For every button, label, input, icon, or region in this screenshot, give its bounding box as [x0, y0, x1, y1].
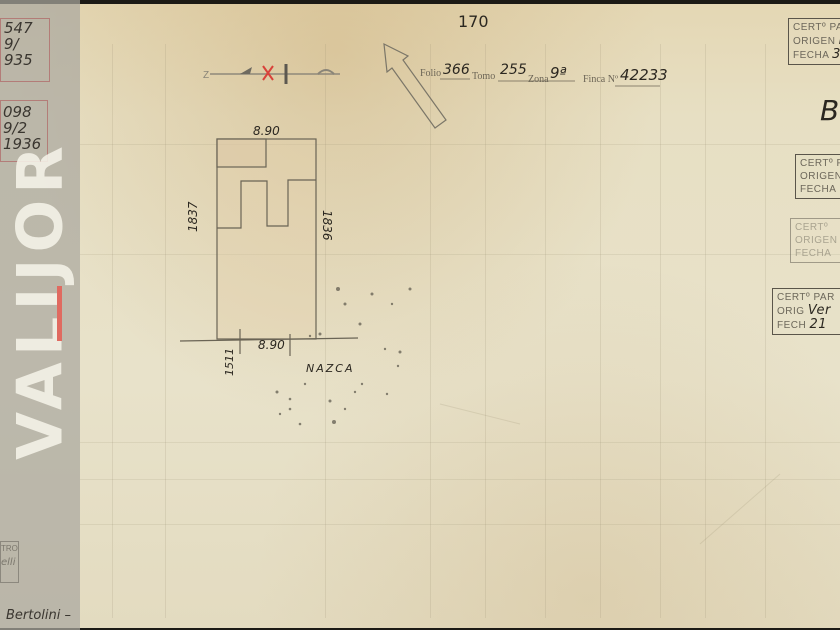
street-number: 1511 [223, 348, 236, 376]
margin-note-line: 547 [4, 20, 33, 36]
margin-note-line: 098 [3, 104, 41, 120]
signature: Bertolini – [6, 608, 71, 624]
svg-text:Z: Z [203, 70, 209, 81]
street-name: NAZCA [306, 362, 355, 375]
certificate-stamp: CERTº ORIGEN FECHA [790, 218, 840, 263]
watermark-panel: 547 9/ 935 098 9/2 1936 VALIJOR TRO elli… [0, 0, 80, 630]
certificate-stamp: CERTº PA ORIGEN B FECHA 3 [788, 18, 840, 65]
stamp-line: CERTº PA [800, 157, 840, 170]
certificate-stamp: CERTº PAR ORIG Ver FECH 21 [772, 288, 840, 335]
plot-outline [180, 139, 358, 356]
bottom-left-stamp: TRO elli [0, 541, 19, 583]
right-length-label: 1836 [320, 210, 334, 241]
margin-note-line: 9/ [4, 36, 33, 52]
bottom-width-label: 8.90 [258, 338, 285, 352]
stamp-fill: Ver [808, 303, 831, 318]
margin-note-line: 935 [4, 52, 33, 68]
watermark-accent-bar [57, 286, 62, 341]
stamp-line: CERTº PA [793, 21, 840, 34]
stamp-line: ORIGEN [793, 36, 835, 47]
stamp-line: FECHA [800, 183, 840, 196]
stamp-line: ORIG [777, 306, 805, 317]
stamp-line: FECHA [795, 247, 840, 260]
stamp-line: FECH [777, 320, 806, 331]
left-length-label: 1837 [186, 201, 200, 232]
certificate-stamp: CERTº PA ORIGEN FECHA [795, 154, 840, 199]
margin-note: 547 9/ 935 [4, 20, 33, 68]
stamp-line: FECHA [793, 50, 829, 61]
stamp-line: TRO [1, 542, 18, 556]
north-arrow-icon [384, 44, 446, 128]
stamp-fill: 21 [810, 317, 828, 332]
right-initials: B [820, 94, 839, 127]
scanned-document: 170 Folio 366 Tomo 255 Zona 9ª Finca Nº … [0, 4, 840, 628]
plan-drawing: Z [0, 4, 840, 630]
stamp-line: ORIGEN [800, 170, 840, 183]
stamp-line: elli [1, 556, 18, 570]
watermark-logo: VALIJOR [4, 140, 77, 460]
stamp-line: CERTº [795, 221, 840, 234]
stamp-fill: 3 [832, 47, 840, 62]
top-width-label: 8.90 [253, 124, 280, 138]
stamp-line: ORIGEN [795, 234, 840, 247]
compass-icon: Z [203, 64, 340, 84]
margin-note-line: 9/2 [3, 120, 41, 136]
